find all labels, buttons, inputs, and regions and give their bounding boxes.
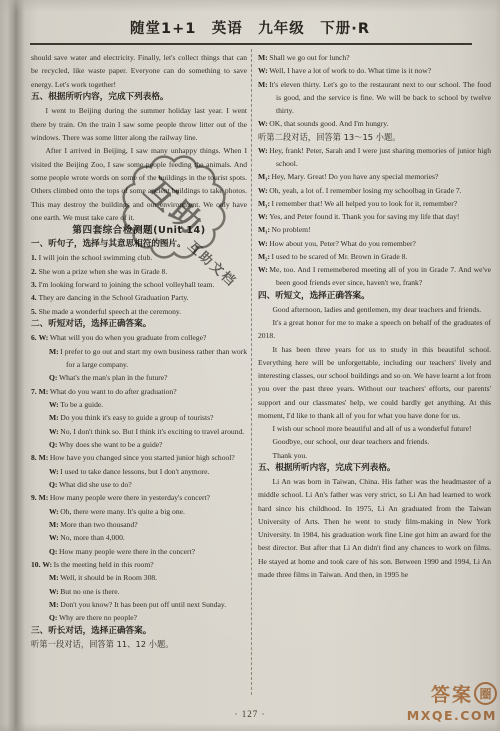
item-number: 8.: [31, 453, 37, 462]
speaker-label: Q:: [49, 547, 57, 556]
dialogue-turn: M₁: I remember that! We all helped you t…: [258, 197, 491, 210]
dialogue-turn: W: OK, that sounds good. And I'm hungry.: [258, 117, 491, 130]
item-number: 2.: [31, 267, 37, 276]
speaker-label: Q:: [49, 440, 57, 449]
dialogue-turn: W: How about you, Peter? What do you rem…: [258, 237, 491, 250]
speaker-label: W:: [49, 533, 59, 542]
speaker-label: W:: [258, 146, 268, 155]
dialogue-turn: W: But no one is there.: [49, 585, 247, 598]
instruction-line: 听第一段对话，回答第 11、12 小题。: [31, 638, 247, 651]
paragraph: should save water and electricity. Final…: [31, 51, 247, 91]
speaker-label: W:: [258, 186, 268, 195]
paragraph: It's a great honor for me to make a spee…: [258, 316, 491, 343]
speaker-label: W:: [258, 239, 268, 248]
dialogue-turn: W: Me, too. And I rememebered meeting al…: [258, 263, 491, 290]
speaker-label: M:: [49, 520, 59, 529]
dialogue-turn: M: More than two thousand?: [49, 518, 247, 531]
speaker-label: W:: [49, 400, 59, 409]
paragraph: Li An was born in Taiwan, China. His fat…: [258, 475, 491, 581]
dialogue-turn: W: Hey, frank! Peter, Sarah and I were j…: [258, 144, 491, 171]
speaker-label: W:: [39, 333, 49, 342]
dialogue-turn: M: I prefer to go out and start my own b…: [49, 345, 247, 372]
speaker-label: W:: [49, 467, 59, 476]
dialogue-turn: W: I used to take dance lessons, but I d…: [49, 465, 247, 478]
item-number: 6.: [31, 333, 37, 342]
dialogue-turn: Q: Why are there no people?: [49, 611, 247, 624]
paragraph: It has been three years for us to study …: [258, 343, 491, 423]
stamp-arc-text: 互助文档: [152, 235, 175, 249]
item-number: 5.: [31, 307, 37, 316]
speaker-label: M:: [258, 53, 268, 62]
dialogue-turn: M: It's eleven thirty. Let's go to the r…: [258, 78, 491, 118]
dialogue-turn: Q: What's the man's plan in the future?: [49, 371, 247, 384]
item-number: 1.: [31, 253, 37, 262]
speaker-label: W:: [49, 427, 59, 436]
speaker-label: Q:: [49, 373, 57, 382]
dialogue-turn: M₁: No problem!: [258, 223, 491, 236]
speaker-label: M:: [39, 453, 49, 462]
dialogue-turn: M₂: I used to be scared of Mr. Brown in …: [258, 250, 491, 263]
dialogue-turn: W: Oh, there were many. It's quite a big…: [49, 505, 247, 518]
speaker-label: M:: [39, 493, 49, 502]
speaker-label: M₁:: [258, 225, 270, 234]
dialogue-turn: Q: How many people were there in the con…: [49, 545, 247, 558]
instruction-line: 听第二段对话，回答第 13～15 小题。: [258, 131, 491, 144]
speaker-label: W:: [258, 212, 268, 221]
speaker-label: W:: [258, 265, 268, 274]
speaker-label: M:: [258, 80, 268, 89]
dialogue-turn: W: To be a guide.: [49, 398, 247, 411]
speaker-label: W:: [258, 66, 268, 75]
section-header: 五、根据所听内容，完成下列表格。: [258, 462, 491, 475]
book-page: 随堂1+1 英语 九年级 下册·R should save water and …: [0, 0, 500, 731]
section-header: 五、根据所听内容，完成下列表格。: [31, 91, 247, 104]
item-number: 9.: [31, 493, 37, 502]
section-header: 三、听长对话，选择正确答案。: [31, 625, 247, 638]
speaker-label: M:: [49, 413, 59, 422]
right-column: M: Shall we go out for lunch?W: Well, I …: [258, 51, 491, 581]
paragraph: Goodbye, our school, our dear teachers a…: [258, 435, 491, 448]
watermark-brand-text: 答案: [431, 680, 473, 707]
page-number: · 127 ·: [0, 709, 500, 719]
dialogue-turn: 6. W: What will you do when you graduate…: [31, 331, 247, 344]
svg-text:互助文档: 互助文档: [152, 235, 175, 249]
dialogue-turn: Q: Why does she want to be a guide?: [49, 438, 247, 451]
paragraph: Thank you.: [258, 449, 491, 462]
speaker-label: M₁:: [258, 172, 270, 181]
dialogue-turn: 8. M: How have you changed since you sta…: [31, 451, 247, 464]
speaker-label: M:: [49, 347, 59, 356]
dialogue-turn: 7. M: What do you want to do after gradu…: [31, 385, 247, 398]
paragraph: I wish our school more beautiful and all…: [258, 422, 491, 435]
speaker-label: W:: [49, 587, 59, 596]
item-number: 4.: [31, 293, 37, 302]
speaker-label: M₂:: [258, 252, 270, 261]
dialogue-turn: 10. W: Is the meeting held in this room?: [31, 558, 247, 571]
dialogue-turn: W: Well, I have a lot of work to do. Wha…: [258, 64, 491, 77]
column-divider: [251, 49, 252, 695]
speaker-label: M₁:: [258, 199, 270, 208]
watermark-brand: 答案 圈: [407, 680, 497, 707]
left-column: should save water and electricity. Final…: [31, 51, 247, 651]
speaker-label: M:: [49, 573, 59, 582]
page-header-title: 随堂1+1 英语 九年级 下册·R: [0, 17, 500, 38]
item-number: 3.: [31, 280, 37, 289]
speaker-label: M:: [49, 600, 59, 609]
speaker-label: Q:: [49, 613, 57, 622]
dialogue-turn: 9. M: How many people were there in yest…: [31, 491, 247, 504]
dialogue-turn: M: Shall we go out for lunch?: [258, 51, 491, 64]
paragraph: Good afternoon, ladies and gentlemen, my…: [258, 303, 491, 316]
speaker-label: W:: [42, 560, 52, 569]
numbered-sentence: 3. I'm looking forward to joining the sc…: [31, 278, 247, 291]
numbered-sentence: 4. They are dancing in the School Gradua…: [31, 291, 247, 304]
paragraph: I went to Beijing during the summer holi…: [31, 104, 247, 144]
dialogue-turn: M: Don't you know? It has been put off u…: [49, 598, 247, 611]
dialogue-turn: W: No, I don't think so. But I think it'…: [49, 425, 247, 438]
speaker-label: W:: [49, 507, 59, 516]
dialogue-turn: M₁: Hey, Mary. Great! Do you have any sp…: [258, 170, 491, 183]
dialogue-turn: W: No, more than 4,000.: [49, 531, 247, 544]
speaker-label: M:: [39, 387, 49, 396]
helper-stamp-icon: 互助 互助文档: [121, 154, 227, 260]
dialogue-turn: M: Do you think it's easy to guide a gro…: [49, 411, 247, 424]
dialogue-turn: M: Well, it should be in Room 308.: [49, 571, 247, 584]
section-header: 二、听短对话，选择正确答案。: [31, 318, 247, 331]
dialogue-turn: Q: What did she use to do?: [49, 478, 247, 491]
dialogue-turn: W: Oh, yeah, a lot of. I remember losing…: [258, 184, 491, 197]
section-header: 四、听短文，选择正确答案。: [258, 290, 491, 303]
item-number: 7.: [31, 387, 37, 396]
dialogue-turn: W: Yes, and Peter found it. Thank you fo…: [258, 210, 491, 223]
item-number: 10.: [31, 560, 41, 569]
watermark-circle-icon: 圈: [474, 682, 497, 705]
stamp-large-text: 互助: [137, 172, 210, 243]
numbered-sentence: 5. She made a wonderful speech at the ce…: [31, 305, 247, 318]
speaker-label: Q:: [49, 480, 57, 489]
header-rule: [30, 43, 472, 45]
speaker-label: W:: [258, 119, 268, 128]
